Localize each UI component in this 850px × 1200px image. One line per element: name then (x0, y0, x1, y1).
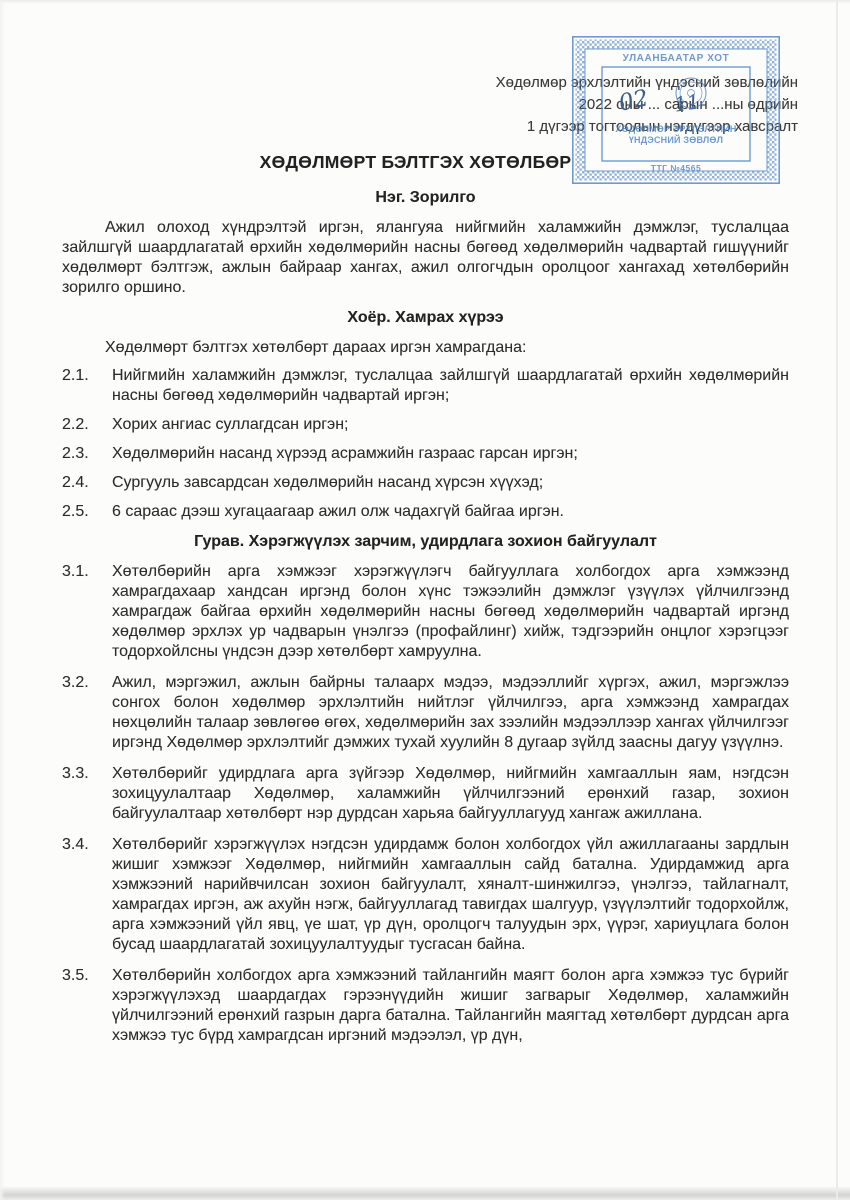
item-number: 2.4. (62, 473, 112, 493)
list-item-2-1: 2.1. Нийгмийн халамжийн дэмжлэг, туслалц… (62, 366, 789, 406)
item-number: 3.5. (62, 966, 112, 1046)
item-number: 3.3. (62, 764, 112, 824)
list-item-2-2: 2.2. Хорих ангиас суллагдсан иргэн; (62, 415, 789, 435)
item-text: Нийгмийн халамжийн дэмжлэг, туслалцаа за… (112, 366, 789, 406)
section-heading-3: Гурав. Хэрэгжүүлэх зарчим, удирдлага зох… (62, 532, 789, 552)
list-item-3-1: 3.1. Хөтөлбөрийн арга хэмжээг хэрэгжүүлэ… (62, 562, 789, 662)
stamp-city: УЛААНБААТАР ХОТ (572, 53, 780, 64)
item-number: 2.1. (62, 366, 112, 406)
section-2-lead: Хөдөлмөрт бэлтгэх хөтөлбөрт дараах иргэн… (62, 338, 789, 358)
item-text: Ажил, мэргэжил, ажлын байрны талаарх мэд… (112, 673, 789, 753)
item-text: Хөтөлбөрийг хэрэгжүүлэх нэгдсэн удирдамж… (112, 835, 789, 955)
document-page: Хөдөлмөр эрхлэлтийн үндэсний зөвлөлийн 2… (0, 0, 850, 1200)
stamp-reg-number: ТТГ №4565 (572, 163, 780, 173)
item-number: 3.1. (62, 562, 112, 662)
item-text: Сургууль завсардсан хөдөлмөрийн насанд х… (112, 473, 789, 493)
item-number: 2.3. (62, 444, 112, 464)
stamp-emblem-icon (676, 78, 706, 108)
stamp-org-line1: ХӨДӨЛМӨР ЭРХЛЭЛТИЙН (572, 124, 780, 135)
stamp-org-name: ХӨДӨЛМӨР ЭРХЛЭЛТИЙН ҮНДЭСНИЙ ЗӨВЛӨЛ (572, 124, 780, 146)
document-body: ХӨДӨЛМӨРТ БЭЛТГЭХ ХӨТӨЛБӨР Нэг. Зорилго … (62, 152, 789, 1057)
item-number: 2.5. (62, 502, 112, 522)
list-item-3-5: 3.5. Хөтөлбөрийн холбогдох арга хэмжээни… (62, 966, 789, 1046)
item-text: 6 сараас дээш хугацаагаар ажил олж чадах… (112, 502, 789, 522)
list-item-3-2: 3.2. Ажил, мэргэжил, ажлын байрны талаар… (62, 673, 789, 753)
stamp-org-line2: ҮНДЭСНИЙ ЗӨВЛӨЛ (572, 135, 780, 146)
list-item-3-3: 3.3. Хөтөлбөрийг удирдлага арга зүйгээр … (62, 764, 789, 824)
official-stamp: УЛААНБААТАР ХОТ ХӨДӨЛМӨР ЭРХЛЭЛТИЙН ҮНДЭ… (572, 36, 780, 184)
item-number: 3.2. (62, 673, 112, 753)
scan-edge-bottom (0, 1186, 850, 1200)
scan-edge-top (0, 0, 850, 4)
list-item-2-5: 2.5. 6 сараас дээш хугацаагаар ажил олж … (62, 502, 789, 522)
section-1-paragraph: Ажил олоход хүндрэлтэй иргэн, ялангуяа н… (62, 218, 789, 298)
list-item-2-3: 2.3. Хөдөлмөрийн насанд хүрээд асрамжийн… (62, 444, 789, 464)
section-heading-2: Хоёр. Хамрах хүрээ (62, 308, 789, 328)
scan-edge-left (0, 0, 5, 1200)
scan-edge-right (836, 0, 838, 1200)
list-item-2-4: 2.4. Сургууль завсардсан хөдөлмөрийн нас… (62, 473, 789, 493)
item-number: 3.4. (62, 835, 112, 955)
list-item-3-4: 3.4. Хөтөлбөрийг хэрэгжүүлэх нэгдсэн уди… (62, 835, 789, 955)
section-heading-1: Нэг. Зорилго (62, 188, 789, 208)
item-text: Хорих ангиас суллагдсан иргэн; (112, 415, 789, 435)
item-text: Хөдөлмөрийн насанд хүрээд асрамжийн газр… (112, 444, 789, 464)
item-text: Хөтөлбөрийн холбогдох арга хэмжээний тай… (112, 966, 789, 1046)
item-text: Хөтөлбөрийг удирдлага арга зүйгээр Хөдөл… (112, 764, 789, 824)
item-number: 2.2. (62, 415, 112, 435)
item-text: Хөтөлбөрийн арга хэмжээг хэрэгжүүлэгч ба… (112, 562, 789, 662)
